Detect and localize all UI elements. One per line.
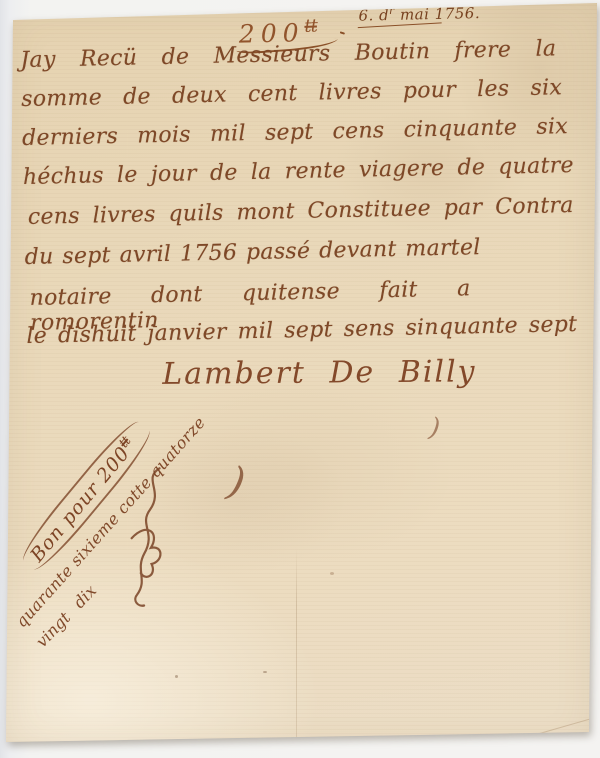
amount-separator-dot xyxy=(340,31,345,34)
manuscript-line: héchus le jour de la rente viagere de qu… xyxy=(23,153,575,197)
manuscript-line: notaire dont quitense fait a romorentin xyxy=(29,276,471,318)
manuscript-line: derniers mois mil sept cens cinquante si… xyxy=(22,114,569,158)
paper-shadow: 200tt 6. dr mai 1756. Jay Recü de Messie… xyxy=(0,0,600,758)
manuscript-line: Jay Recü de Messieurs Boutin frere la xyxy=(20,36,557,80)
manuscript-line: somme de deux cent livres pour les six xyxy=(21,75,563,119)
handwritten-content: 200tt 6. dr mai 1756. Jay Recü de Messie… xyxy=(0,0,600,758)
signature: Lambert De Billy xyxy=(162,354,477,391)
ink-speck xyxy=(175,675,178,678)
date-rest: mai 1756. xyxy=(395,4,481,24)
ink-stroke-mark: ) xyxy=(427,412,442,443)
manuscript-paper: 200tt 6. dr mai 1756. Jay Recü de Messie… xyxy=(0,0,600,758)
manuscript-line: du sept avril 1756 passé devant martel xyxy=(24,235,481,277)
manuscript-line: cens livres quils mont Constituee par Co… xyxy=(28,193,575,237)
date-heading: 6. dr mai 1756. xyxy=(358,3,480,25)
paper-crease-vertical xyxy=(296,548,297,738)
ink-stroke-mark: ) xyxy=(224,458,249,506)
date-day-prefix: 6. d xyxy=(358,6,389,25)
paraph-flourish xyxy=(114,460,178,614)
ink-speck xyxy=(330,572,334,575)
photo-background: 200tt 6. dr mai 1756. Jay Recü de Messie… xyxy=(0,0,600,758)
ink-speck xyxy=(263,671,267,673)
livre-symbol: tt xyxy=(304,16,317,37)
